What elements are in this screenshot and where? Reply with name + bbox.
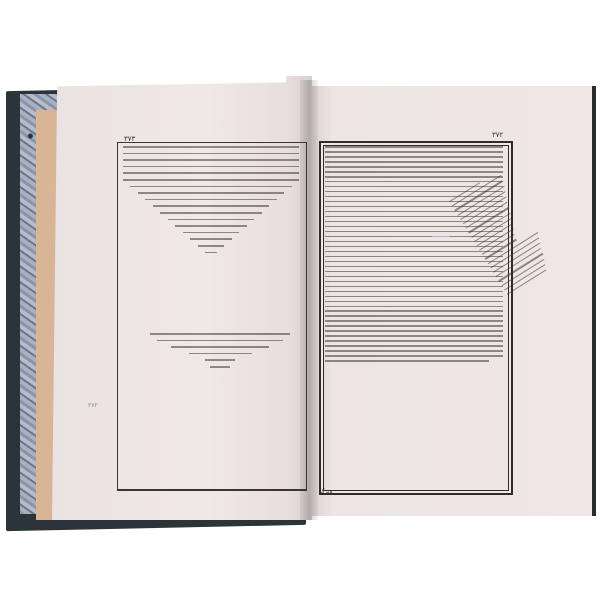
text-line bbox=[325, 281, 503, 283]
text-line bbox=[325, 310, 503, 312]
text-line bbox=[325, 301, 503, 303]
text-line bbox=[205, 252, 216, 254]
text-line bbox=[325, 156, 503, 158]
text-line bbox=[325, 266, 503, 268]
text-line bbox=[325, 151, 503, 153]
text-line bbox=[325, 291, 503, 293]
marginalia-line bbox=[507, 269, 547, 294]
colophon-line bbox=[150, 333, 290, 335]
text-line bbox=[325, 360, 489, 362]
text-line bbox=[325, 181, 503, 183]
colophon-line bbox=[157, 340, 283, 342]
text-line bbox=[130, 186, 291, 188]
text-line bbox=[160, 212, 261, 214]
catchword: وتركا bbox=[320, 488, 333, 495]
text-line bbox=[183, 232, 239, 234]
text-line bbox=[175, 225, 246, 227]
text-line bbox=[325, 251, 503, 253]
left-page-text-block bbox=[123, 146, 299, 258]
colophon bbox=[150, 333, 290, 373]
text-line bbox=[325, 171, 503, 173]
text-line bbox=[325, 306, 503, 308]
left-page-number: ٣٧٣ bbox=[124, 135, 135, 143]
right-page-number: ٣٧٢ bbox=[492, 131, 503, 139]
text-line bbox=[325, 256, 503, 258]
text-line bbox=[325, 340, 503, 342]
text-line bbox=[325, 176, 503, 178]
text-line bbox=[325, 161, 503, 163]
text-line bbox=[325, 286, 503, 288]
text-line bbox=[325, 330, 503, 332]
colophon-line bbox=[205, 359, 236, 361]
text-line bbox=[325, 315, 503, 317]
text-line bbox=[325, 296, 503, 298]
text-line bbox=[325, 350, 503, 352]
right-page-text-block bbox=[325, 146, 503, 365]
text-line bbox=[325, 325, 503, 327]
colophon-line bbox=[210, 366, 230, 368]
text-line bbox=[123, 159, 299, 161]
text-line bbox=[325, 320, 503, 322]
text-line bbox=[325, 276, 503, 278]
text-line bbox=[325, 345, 503, 347]
text-line bbox=[123, 179, 299, 181]
text-line bbox=[145, 199, 276, 201]
colophon-line bbox=[189, 353, 252, 355]
text-line bbox=[325, 166, 503, 168]
text-line bbox=[123, 146, 299, 148]
text-line bbox=[123, 153, 299, 155]
text-line bbox=[123, 166, 299, 168]
text-line bbox=[168, 219, 254, 221]
text-line bbox=[325, 335, 503, 337]
colophon-line bbox=[171, 346, 269, 348]
text-line bbox=[153, 205, 269, 207]
text-line bbox=[325, 271, 503, 273]
library-stamp: ٢٧٢ bbox=[88, 402, 98, 409]
text-line bbox=[138, 192, 284, 194]
text-line bbox=[325, 355, 503, 357]
text-line bbox=[325, 261, 503, 263]
text-line bbox=[325, 146, 503, 148]
text-line bbox=[123, 172, 299, 174]
text-line bbox=[190, 238, 231, 240]
text-line bbox=[198, 245, 224, 247]
